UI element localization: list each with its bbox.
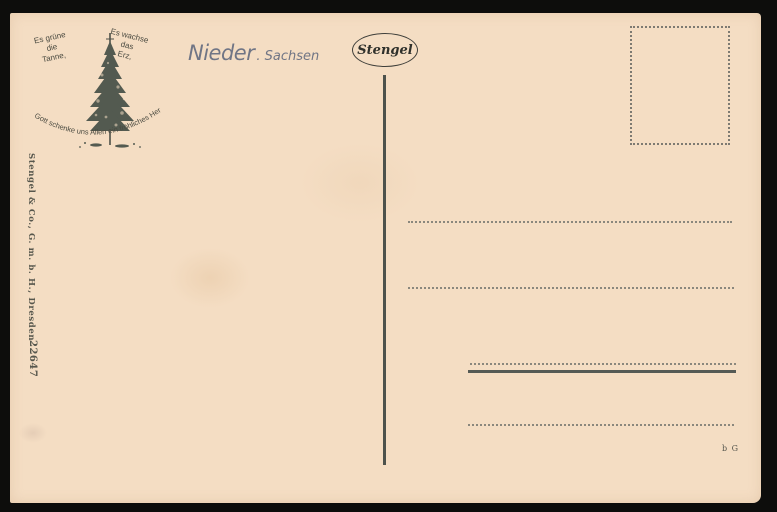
address-line-2 [408, 287, 734, 289]
handwritten-word-2: . Sachsen [256, 49, 319, 64]
address-line-1 [408, 221, 732, 223]
address-line-3 [470, 363, 736, 365]
address-line-4 [468, 424, 734, 426]
motto-arc: Gott schenke uns Allen ein fröhliches He… [28, 103, 168, 153]
card-number: 22647 [27, 340, 38, 377]
handwritten-word-1: Nieder [188, 41, 254, 65]
postcard-back: Es grüne die Tanne, Es wachse das Erz, [10, 13, 761, 503]
address-underline [468, 370, 736, 373]
publisher-imprint: Stengel & Co., G. m. b. H., Dresden [26, 153, 36, 341]
center-divider [383, 75, 386, 465]
publisher-logo: Stengel [352, 33, 418, 67]
motto-arc-text: Gott schenke uns Allen ein fröhliches He… [28, 103, 163, 137]
svg-text:Gott schenke uns Allen ein frö: Gott schenke uns Allen ein fröhliches He… [28, 103, 163, 137]
corner-code: b G [722, 444, 739, 453]
stamp-box [630, 26, 730, 145]
handwritten-note: Nieder. Sachsen [188, 41, 319, 65]
